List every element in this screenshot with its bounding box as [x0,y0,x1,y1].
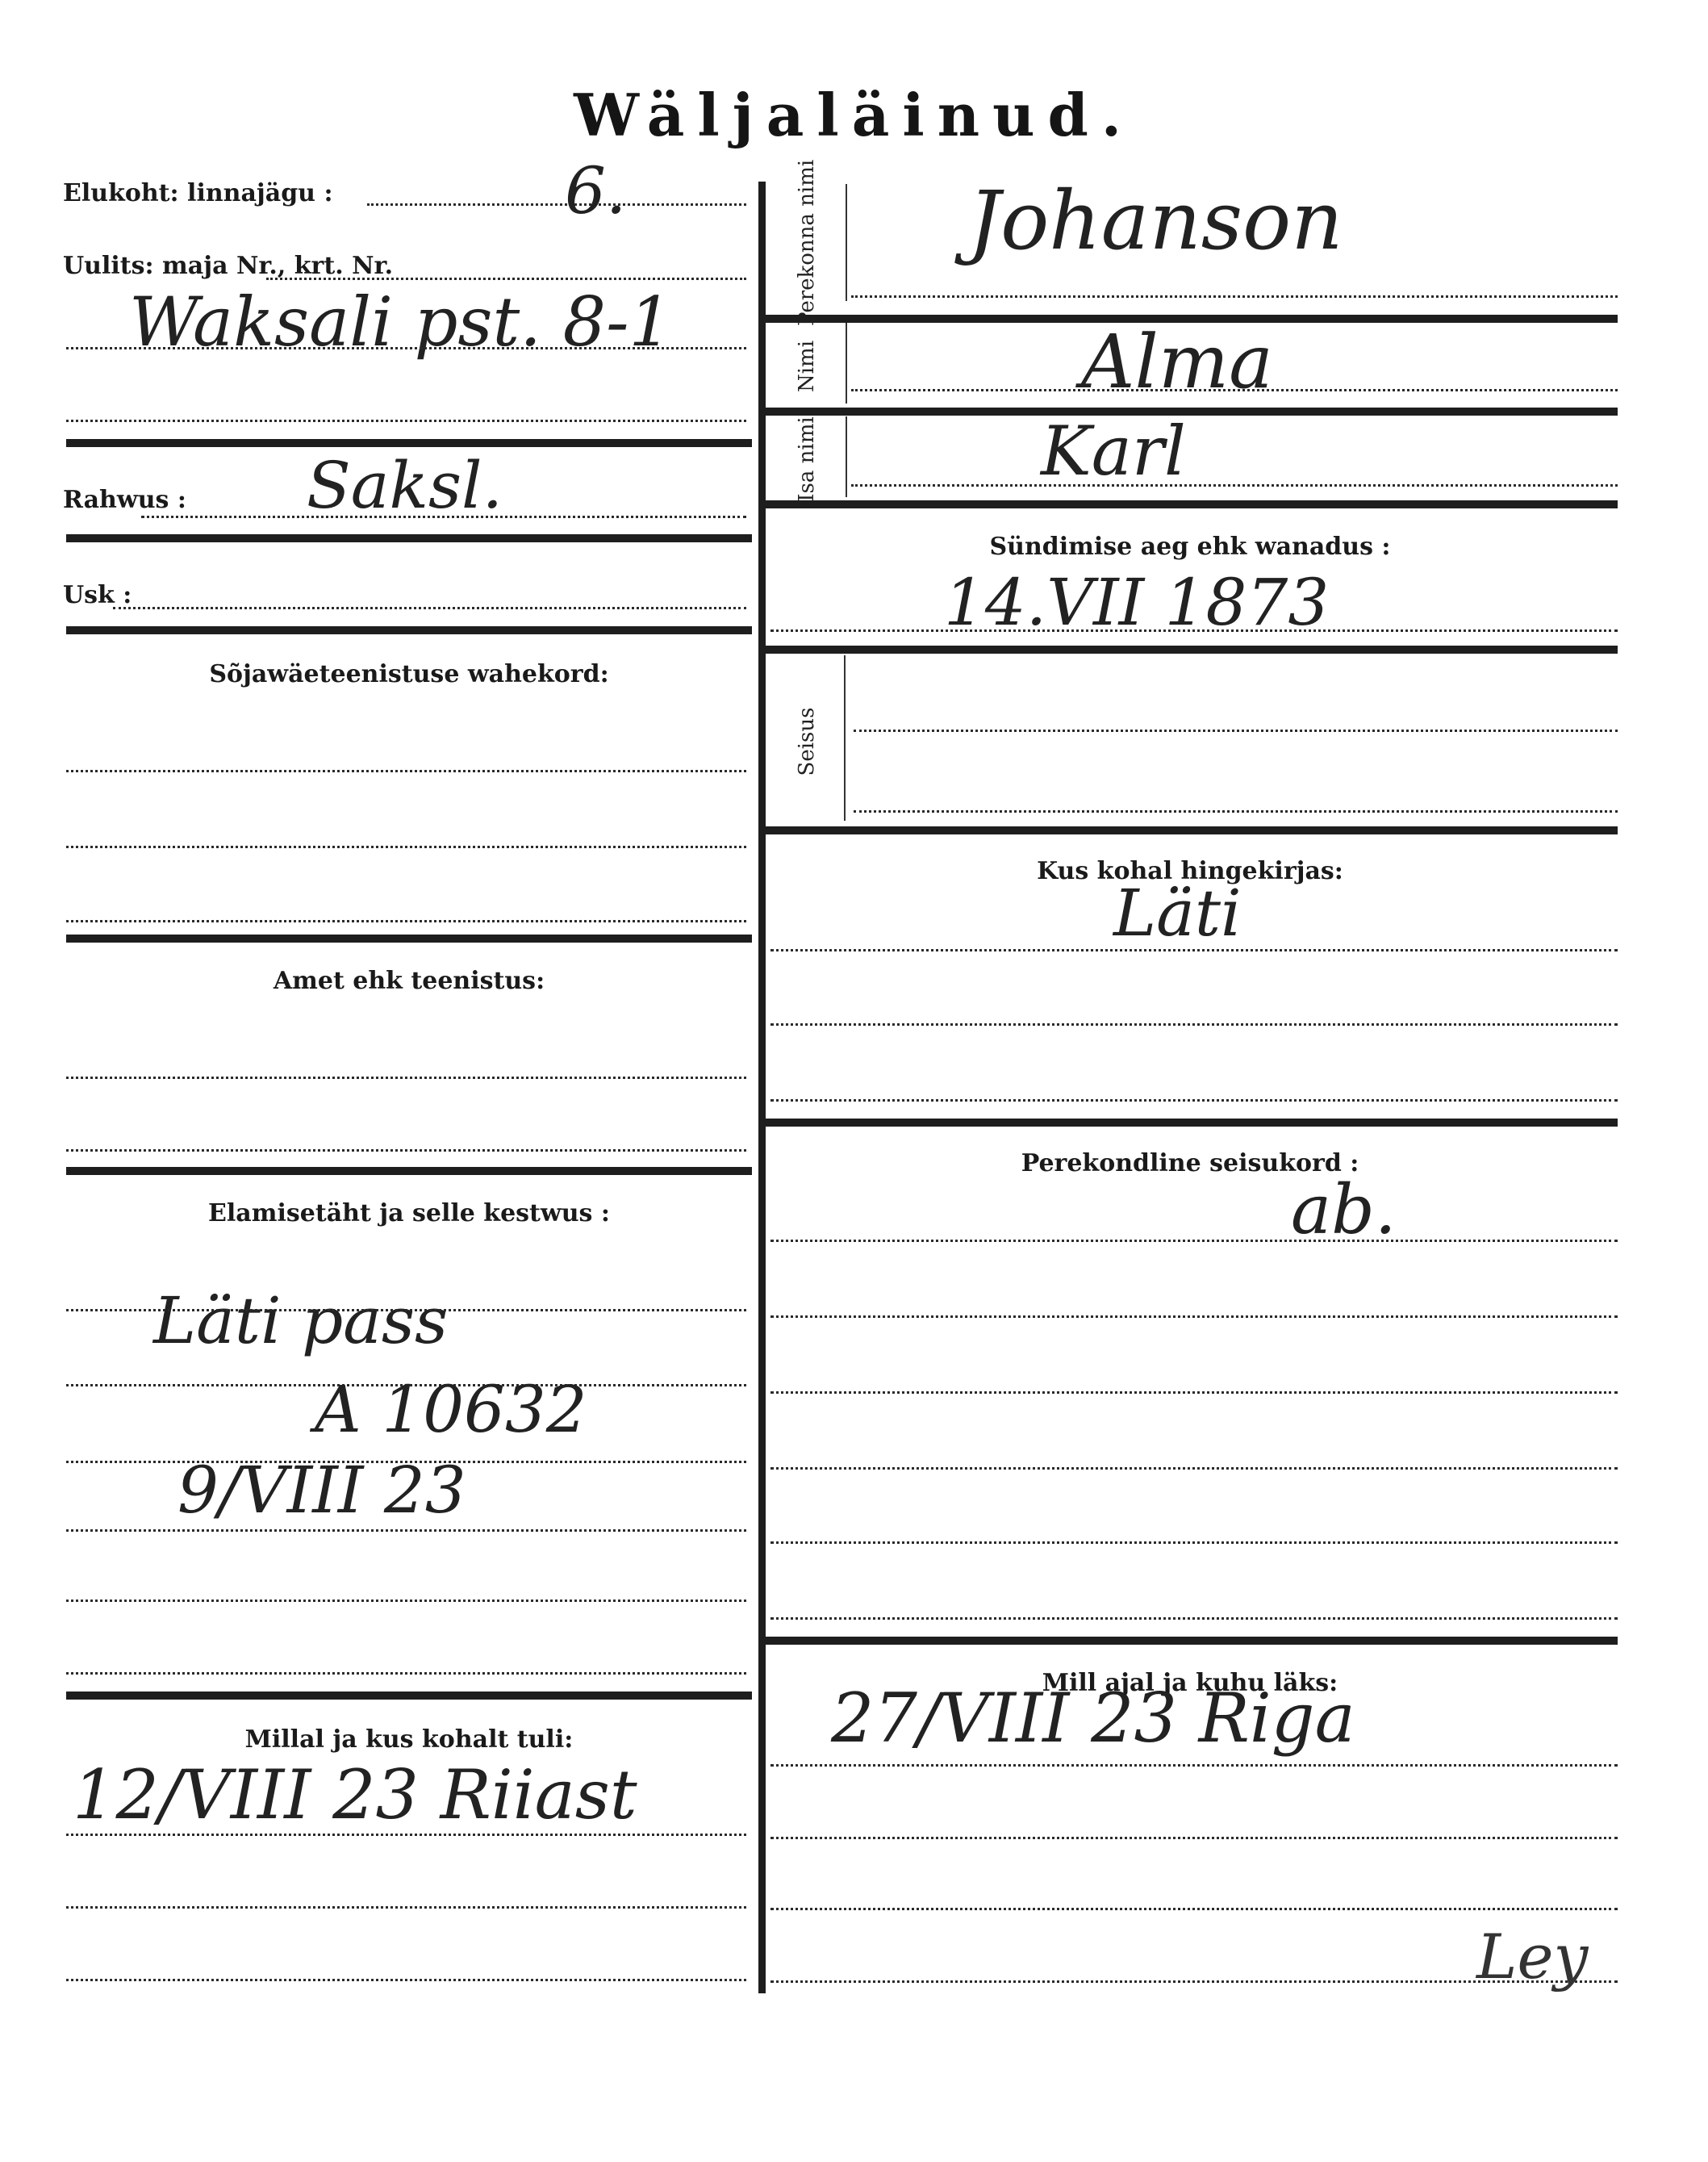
millal-tuli-value[interactable]: 12/VIII 23 Riiast [73,1755,637,1834]
uulits-line-2 [66,347,746,349]
nimi-line [851,389,1618,391]
hingekirjas-line-3 [770,1099,1618,1102]
divider [762,1637,1618,1645]
perekonna-nimi-value[interactable]: Johanson [968,174,1343,268]
elamiseluba-value-2[interactable]: A 10632 [315,1372,587,1447]
divider [66,1692,752,1700]
perekondline-line-6 [770,1617,1618,1620]
divider [762,1119,1618,1127]
rahwus-value[interactable]: Saksl. [307,448,503,523]
uulits-label: Uulits: maja Nr., krt. Nr. [63,252,393,280]
perekonna-nimi-line [851,295,1618,298]
usk-line [113,607,746,609]
millal-lahkus-line-3 [770,1908,1618,1910]
hingekirjas-line-2 [770,1023,1618,1026]
label-separator [846,323,847,404]
elamiseluba-line-6 [66,1672,746,1675]
label-separator [846,184,847,301]
millal-lahkus-line-1 [770,1764,1618,1767]
uulits-value[interactable]: Waksali pst. 8-1 [129,282,672,362]
hingekirjas-line-1 [770,949,1618,951]
center-divider [758,182,766,1993]
divider [66,626,752,634]
divider [762,408,1618,416]
seisus-line-1 [854,730,1618,732]
signature: Ley [1476,1921,1588,1993]
nimi-value[interactable]: Alma [1081,319,1273,405]
divider [762,500,1618,508]
divider [66,534,752,542]
millal-tuli-line-1 [66,1834,746,1836]
elamiseluba-line-1 [66,1309,746,1311]
perekondline-line-4 [770,1467,1618,1470]
amet-line-1 [66,1077,746,1079]
millal-lahkus-value[interactable]: 27/VIII 23 Riga [831,1679,1355,1758]
millal-lahkus-line-2 [770,1837,1618,1839]
amet-label: Amet ehk teenistus: [66,967,752,995]
millal-tuli-line-2 [66,1906,746,1909]
sojavae-label: Sõjawäeteenistuse wahekord: [66,660,752,688]
isa-nimi-line [851,484,1618,487]
uulits-line-3 [66,420,746,422]
seisus-label: Seisus [796,661,818,822]
elamiseluba-line-5 [66,1600,746,1602]
divider [66,935,752,943]
sojavae-line-1 [66,770,746,772]
rahwus-label: Rahwus : [63,486,186,514]
elukoht-line [367,203,746,206]
elamiseluba-label: Elamisetäht ja selle kestwus : [66,1199,752,1227]
perekondline-line-3 [770,1391,1618,1394]
divider [66,439,752,447]
isa-nimi-value[interactable]: Karl [1041,412,1186,491]
perekondline-seisukord-value[interactable]: ab. [1291,1170,1397,1249]
isa-nimi-label: Isa nimi [796,378,818,540]
perekondline-line-2 [770,1315,1618,1318]
usk-label: Usk : [63,581,132,609]
form-title: Wäljaläinud. [0,81,1708,149]
label-separator [844,655,846,821]
millal-tuli-line-3 [66,1979,746,1981]
millal-tuli-label: Millal ja kus kohalt tuli: [66,1725,752,1754]
sundimise-aeg-line [770,629,1618,632]
label-separator [846,416,847,497]
elukoht-value[interactable]: 6. [565,153,626,228]
divider [762,646,1618,654]
elamiseluba-value-1[interactable]: Läti pass [153,1283,448,1358]
hingekirjas-value[interactable]: Läti [1113,876,1242,951]
sundimise-aeg-label: Sündimise aeg ehk wanadus : [762,533,1618,561]
seisus-line-2 [854,810,1618,813]
elamiseluba-line-4 [66,1529,746,1532]
uulits-line [266,278,746,280]
divider [66,1167,752,1175]
sojavae-line-2 [66,846,746,848]
perekondline-line-5 [770,1541,1618,1544]
perekondline-line-1 [770,1240,1618,1242]
amet-line-2 [66,1149,746,1152]
divider [762,826,1618,834]
perekondline-seisukord-label: Perekondline seisukord : [762,1149,1618,1177]
elamiseluba-value-3[interactable]: 9/VIII 23 [177,1453,466,1528]
elukoht-label: Elukoht: linnajägu : [63,179,333,207]
sojavae-line-3 [66,920,746,922]
